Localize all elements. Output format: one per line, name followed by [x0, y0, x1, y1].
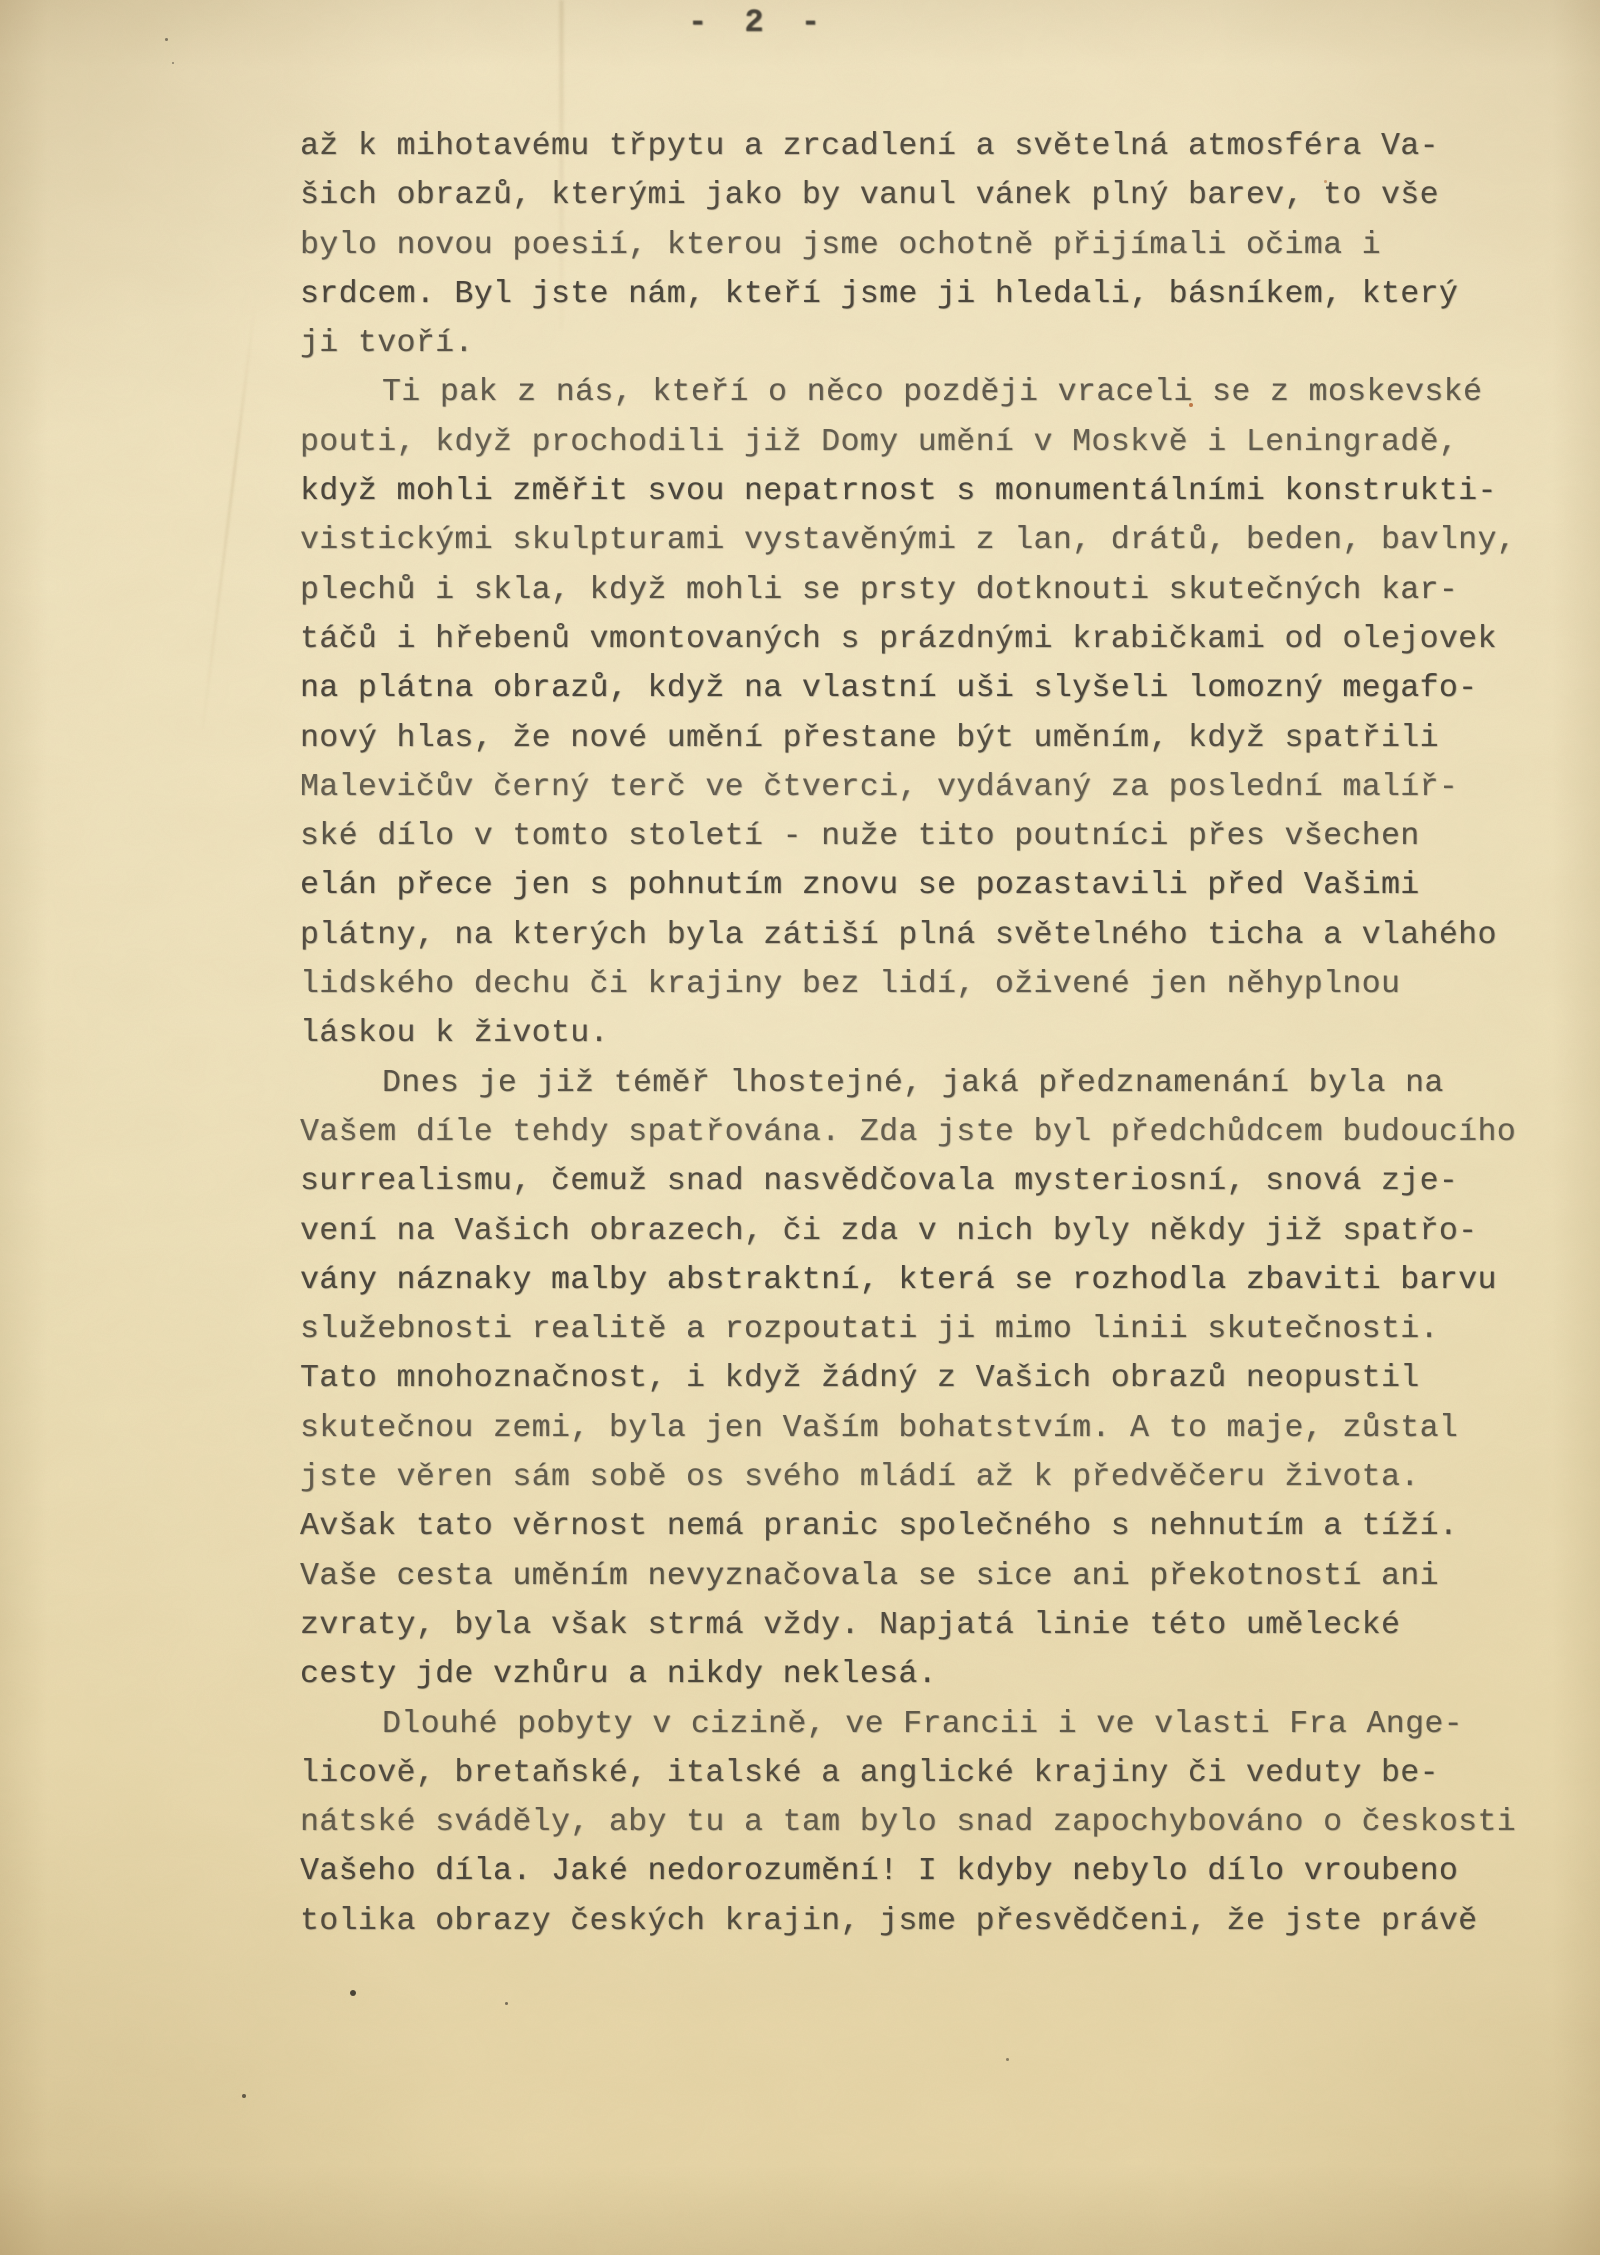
text-line: láskou k životu.	[300, 1009, 1480, 1058]
page-number: - 2 -	[688, 4, 829, 41]
text-line: Vaše cesta uměním nevyznačovala se sice …	[300, 1552, 1480, 1601]
text-line: Vašem díle tehdy spatřována. Zda jste by…	[300, 1108, 1480, 1157]
text-line: vení na Vašich obrazech, či zda v nich b…	[300, 1207, 1480, 1256]
text-line: Dnes je již téměř lhostejné, jaká předzn…	[300, 1059, 1480, 1108]
text-line: bylo novou poesií, kterou jsme ochotně p…	[300, 221, 1480, 270]
paper-crease-diagonal	[202, 301, 256, 728]
text-line: lidského dechu či krajiny bez lidí, oživ…	[300, 960, 1480, 1009]
text-line: surrealismu, čemuž snad nasvědčovala mys…	[300, 1157, 1480, 1206]
text-line: tolika obrazy českých krajin, jsme přesv…	[300, 1897, 1480, 1946]
ink-speck	[165, 38, 168, 41]
text-line: plátny, na kterých byla zátiší plná svět…	[300, 911, 1480, 960]
ink-speck	[350, 1990, 356, 1996]
text-line: Malevičův černý terč ve čtverci, vydávan…	[300, 763, 1480, 812]
text-line: cesty jde vzhůru a nikdy neklesá.	[300, 1650, 1480, 1699]
ink-speck	[1006, 2058, 1009, 2061]
typewritten-text-block: až k mihotavému třpytu a zrcadlení a svě…	[300, 122, 1480, 1946]
text-line: šich obrazů, kterými jako by vanul vánek…	[300, 171, 1480, 220]
text-line: elán přece jen s pohnutím znovu se pozas…	[300, 861, 1480, 910]
text-line: na plátna obrazů, když na vlastní uši sl…	[300, 664, 1480, 713]
text-line: pouti, když prochodili již Domy umění v …	[300, 418, 1480, 467]
text-line: služebnosti realitě a rozpoutati ji mimo…	[300, 1305, 1480, 1354]
text-line: vistickými skulpturami vystavěnými z lan…	[300, 516, 1480, 565]
ink-speck	[242, 2094, 246, 2098]
text-line: plechů i skla, když mohli se prsty dotkn…	[300, 566, 1480, 615]
text-line: když mohli změřit svou nepatrnost s monu…	[300, 467, 1480, 516]
text-line: zvraty, byla však strmá vždy. Napjatá li…	[300, 1601, 1480, 1650]
text-line: licově, bretaňské, italské a anglické kr…	[300, 1749, 1480, 1798]
text-line: Avšak tato věrnost nemá pranic společnéh…	[300, 1502, 1480, 1551]
text-line: ji tvoří.	[300, 319, 1480, 368]
text-line: vány náznaky malby abstraktní, která se …	[300, 1256, 1480, 1305]
text-line: Dlouhé pobyty v cizině, ve Francii i ve …	[300, 1700, 1480, 1749]
text-line: skutečnou zemi, byla jen Vaším bohatství…	[300, 1404, 1480, 1453]
text-line: nový hlas, že nové umění přestane být um…	[300, 714, 1480, 763]
text-line: Ti pak z nás, kteří o něco později vrace…	[300, 368, 1480, 417]
document-page: - 2 - až k mihotavému třpytu a zrcadlení…	[0, 0, 1600, 2255]
text-line: Tato mnohoznačnost, i když žádný z Vašic…	[300, 1354, 1480, 1403]
text-line: jste věren sám sobě os svého mládí až k …	[300, 1453, 1480, 1502]
text-line: Vašeho díla. Jaké nedorozumění! I kdyby …	[300, 1847, 1480, 1896]
text-line: nátské sváděly, aby tu a tam bylo snad z…	[300, 1798, 1480, 1847]
ink-speck	[172, 62, 174, 64]
text-line: až k mihotavému třpytu a zrcadlení a svě…	[300, 122, 1480, 171]
text-line: táčů i hřebenů vmontovaných s prázdnými …	[300, 615, 1480, 664]
text-line: ské dílo v tomto století - nuže tito pou…	[300, 812, 1480, 861]
ink-speck	[505, 2002, 508, 2005]
text-line: srdcem. Byl jste nám, kteří jsme ji hled…	[300, 270, 1480, 319]
